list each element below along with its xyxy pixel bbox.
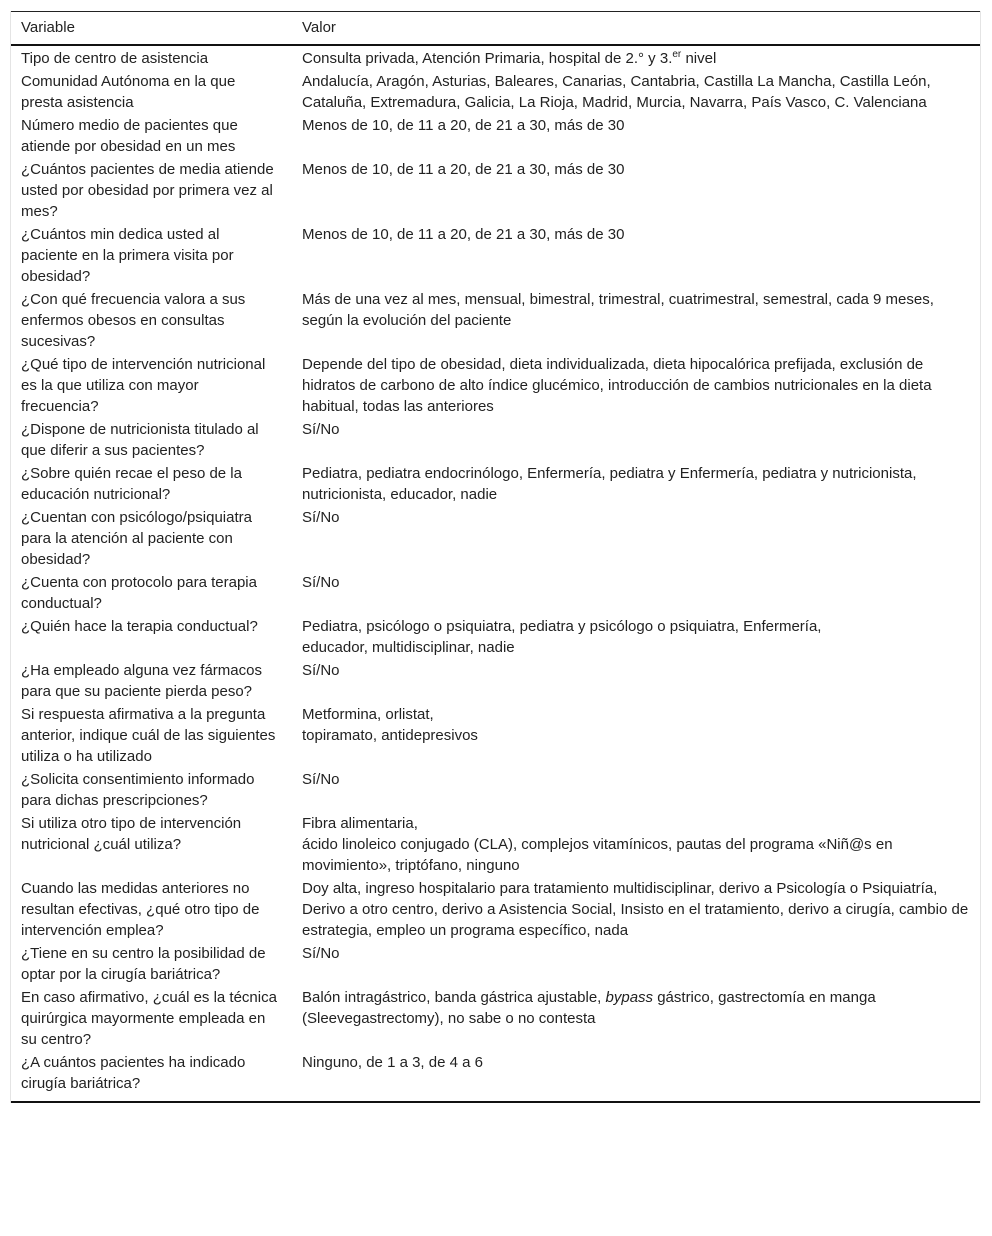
table-row: Si utiliza otro tipo de intervención nut…	[11, 812, 980, 877]
cell-valor: Más de una vez al mes, mensual, bimestra…	[292, 288, 980, 353]
table-row: Comunidad Autónoma en la que presta asis…	[11, 70, 980, 114]
table-row: ¿Dispone de nutricionista titulado al qu…	[11, 418, 980, 462]
cell-valor: Menos de 10, de 11 a 20, de 21 a 30, más…	[292, 158, 980, 223]
cell-variable: ¿Ha empleado alguna vez fármacos para qu…	[11, 659, 292, 703]
cell-variable: ¿A cuántos pacientes ha indicado cirugía…	[11, 1051, 292, 1102]
survey-variables-table: Variable Valor Tipo de centro de asisten…	[11, 11, 980, 1103]
cell-variable: Comunidad Autónoma en la que presta asis…	[11, 70, 292, 114]
column-header-variable: Variable	[11, 12, 292, 46]
valor-text: Sí/No	[302, 574, 340, 591]
cell-variable: ¿Cuántos pacientes de media atiende uste…	[11, 158, 292, 223]
table-row: ¿Solicita consentimiento informado para …	[11, 768, 980, 812]
column-header-valor: Valor	[292, 12, 980, 46]
cell-valor: Andalucía, Aragón, Asturias, Baleares, C…	[292, 70, 980, 114]
cell-variable: Tipo de centro de asistencia	[11, 45, 292, 70]
valor-text: Pediatra, pediatra endocrinólogo, Enferm…	[302, 465, 917, 503]
table-row: ¿Cuenta con protocolo para terapia condu…	[11, 571, 980, 615]
valor-text: Sí/No	[302, 945, 340, 962]
valor-text: educador, multidisciplinar, nadie	[302, 639, 515, 656]
table-row: ¿Qué tipo de intervención nutricional es…	[11, 353, 980, 418]
cell-variable: ¿Qué tipo de intervención nutricional es…	[11, 353, 292, 418]
cell-valor: Menos de 10, de 11 a 20, de 21 a 30, más…	[292, 114, 980, 158]
valor-text: Sí/No	[302, 509, 340, 526]
valor-text: topiramato, antidepresivos	[302, 727, 478, 744]
valor-text: Consulta privada, Atención Primaria, hos…	[302, 50, 672, 67]
cell-valor: Fibra alimentaria,ácido linoleico conjug…	[292, 812, 980, 877]
cell-variable: ¿Cuenta con protocolo para terapia condu…	[11, 571, 292, 615]
table-row: ¿Sobre quién recae el peso de la educaci…	[11, 462, 980, 506]
cell-valor: Sí/No	[292, 506, 980, 571]
cell-variable: ¿Quién hace la terapia conductual?	[11, 615, 292, 659]
valor-text: Menos de 10, de 11 a 20, de 21 a 30, más…	[302, 117, 624, 134]
cell-valor: Consulta privada, Atención Primaria, hos…	[292, 45, 980, 70]
valor-text: Andalucía, Aragón, Asturias, Baleares, C…	[302, 73, 931, 111]
survey-variables-table-container: Variable Valor Tipo de centro de asisten…	[10, 11, 981, 1103]
valor-text: Menos de 10, de 11 a 20, de 21 a 30, más…	[302, 161, 624, 178]
table-row: En caso afirmativo, ¿cuál es la técnica …	[11, 986, 980, 1051]
cell-variable: ¿Cuentan con psicólogo/psiquiatra para l…	[11, 506, 292, 571]
cell-variable: Cuando las medidas anteriores no resulta…	[11, 877, 292, 942]
cell-variable: Número medio de pacientes que atiende po…	[11, 114, 292, 158]
valor-text: Doy alta, ingreso hospitalario para trat…	[302, 880, 968, 939]
cell-valor: Metformina, orlistat,topiramato, antidep…	[292, 703, 980, 768]
table-row: ¿Cuántos min dedica usted al paciente en…	[11, 223, 980, 288]
valor-text: Pediatra, psicólogo o psiquiatra, pediat…	[302, 618, 821, 635]
cell-variable: ¿Con qué frecuencia valora a sus enfermo…	[11, 288, 292, 353]
cell-valor: Balón intragástrico, banda gástrica ajus…	[292, 986, 980, 1051]
cell-variable: ¿Cuántos min dedica usted al paciente en…	[11, 223, 292, 288]
valor-text: Más de una vez al mes, mensual, bimestra…	[302, 291, 934, 329]
valor-text: nivel	[681, 50, 716, 67]
valor-text: Depende del tipo de obesidad, dieta indi…	[302, 356, 932, 415]
valor-text: Balón intragástrico, banda gástrica ajus…	[302, 989, 606, 1006]
cell-variable: ¿Tiene en su centro la posibilidad de op…	[11, 942, 292, 986]
cell-valor: Sí/No	[292, 942, 980, 986]
table-body: Tipo de centro de asistenciaConsulta pri…	[11, 45, 980, 1102]
cell-variable: Si respuesta afirmativa a la pregunta an…	[11, 703, 292, 768]
cell-valor: Doy alta, ingreso hospitalario para trat…	[292, 877, 980, 942]
valor-text: ácido linoleico conjugado (CLA), complej…	[302, 836, 893, 874]
table-row: Tipo de centro de asistenciaConsulta pri…	[11, 45, 980, 70]
valor-text: Sí/No	[302, 662, 340, 679]
table-row: ¿Tiene en su centro la posibilidad de op…	[11, 942, 980, 986]
header-row: Variable Valor	[11, 12, 980, 46]
cell-valor: Sí/No	[292, 418, 980, 462]
table-row: ¿Con qué frecuencia valora a sus enfermo…	[11, 288, 980, 353]
italic-text: bypass	[606, 989, 654, 1006]
cell-valor: Sí/No	[292, 571, 980, 615]
table-row: ¿Cuántos pacientes de media atiende uste…	[11, 158, 980, 223]
table-row: Si respuesta afirmativa a la pregunta an…	[11, 703, 980, 768]
table-row: Número medio de pacientes que atiende po…	[11, 114, 980, 158]
cell-valor: Pediatra, pediatra endocrinólogo, Enferm…	[292, 462, 980, 506]
valor-text: Sí/No	[302, 421, 340, 438]
cell-variable: ¿Dispone de nutricionista titulado al qu…	[11, 418, 292, 462]
superscript-text: er	[672, 49, 681, 60]
table-row: Cuando las medidas anteriores no resulta…	[11, 877, 980, 942]
cell-valor: Menos de 10, de 11 a 20, de 21 a 30, más…	[292, 223, 980, 288]
valor-text: Ninguno, de 1 a 3, de 4 a 6	[302, 1054, 483, 1071]
valor-text: Sí/No	[302, 771, 340, 788]
valor-text: Metformina, orlistat,	[302, 706, 434, 723]
cell-valor: Ninguno, de 1 a 3, de 4 a 6	[292, 1051, 980, 1102]
cell-valor: Pediatra, psicólogo o psiquiatra, pediat…	[292, 615, 980, 659]
valor-text: Menos de 10, de 11 a 20, de 21 a 30, más…	[302, 226, 624, 243]
table-row: ¿Quién hace la terapia conductual?Pediat…	[11, 615, 980, 659]
valor-text: Fibra alimentaria,	[302, 815, 418, 832]
cell-variable: Si utiliza otro tipo de intervención nut…	[11, 812, 292, 877]
cell-valor: Depende del tipo de obesidad, dieta indi…	[292, 353, 980, 418]
table-row: ¿A cuántos pacientes ha indicado cirugía…	[11, 1051, 980, 1102]
cell-valor: Sí/No	[292, 768, 980, 812]
cell-variable: ¿Sobre quién recae el peso de la educaci…	[11, 462, 292, 506]
table-row: ¿Ha empleado alguna vez fármacos para qu…	[11, 659, 980, 703]
table-header: Variable Valor	[11, 12, 980, 46]
cell-valor: Sí/No	[292, 659, 980, 703]
table-row: ¿Cuentan con psicólogo/psiquiatra para l…	[11, 506, 980, 571]
cell-variable: ¿Solicita consentimiento informado para …	[11, 768, 292, 812]
cell-variable: En caso afirmativo, ¿cuál es la técnica …	[11, 986, 292, 1051]
